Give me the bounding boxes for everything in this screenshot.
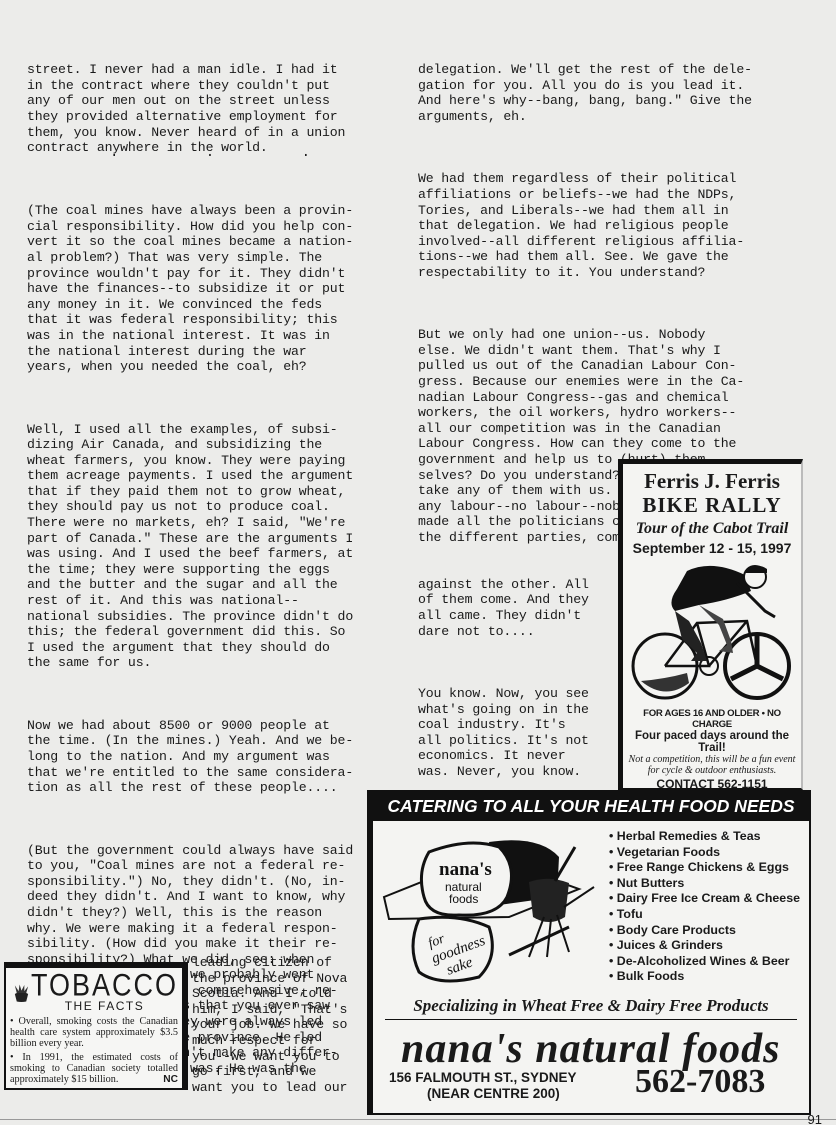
left-paragraph-4: Now we had about 8500 or 9000 people at …	[27, 718, 353, 796]
ad-eligibility: FOR AGES 16 AND OLDER • NO CHARGE	[623, 708, 801, 730]
list-item: Body Care Products	[609, 923, 800, 939]
svg-text:nana's: nana's	[439, 859, 492, 880]
bike-rally-ad: Ferris J. Ferris BIKE RALLY Tour of the …	[618, 459, 803, 790]
cyclist-illustration-icon	[627, 561, 797, 706]
list-item: Free Range Chickens & Eggs	[609, 860, 800, 876]
ad-phone: 562-7083	[635, 1063, 765, 1101]
list-item: De-Alcoholized Wines & Beer	[609, 954, 800, 970]
page-number: 91	[808, 1112, 822, 1125]
ad-heading: BIKE RALLY	[623, 493, 801, 517]
ad-dates: September 12 - 15, 1997	[623, 539, 801, 557]
ad-contact: CONTACT 562-1151	[623, 777, 801, 791]
list-item: Juices & Grinders	[609, 938, 800, 954]
ad-tagline: Four paced days around the Trail!	[623, 730, 801, 754]
list-item: Tofu	[609, 907, 800, 923]
page-divider	[0, 1119, 836, 1120]
tobacco-leaves-icon	[12, 973, 31, 1013]
right-paragraph-1: delegation. We'll get the rest of the de…	[418, 62, 752, 124]
ad-note: Not a competition, this will be a fun ev…	[623, 754, 801, 776]
ad-subtitle: Tour of the Cabot Trail	[623, 519, 801, 539]
left-paragraph-2: (The coal mines have always been a provi…	[27, 203, 353, 375]
ad-title: Ferris J. Ferris	[623, 469, 801, 493]
tobacco-facts-box: TOBACCO THE FACTS • Overall, smoking cos…	[4, 962, 188, 1090]
source-credit: NC	[163, 1074, 178, 1085]
list-item: Herbal Remedies & Teas	[609, 829, 800, 845]
list-item: Bulk Foods	[609, 969, 800, 985]
ad-specialty: Specializing in Wheat Free & Dairy Free …	[385, 996, 797, 1020]
nanas-natural-foods-ad: CATERING TO ALL YOUR HEALTH FOOD NEEDS n…	[367, 790, 811, 1115]
list-item: Vegetarian Foods	[609, 845, 800, 861]
left-paragraph-3: Well, I used all the examples, of subsi-…	[27, 422, 353, 672]
fact-2: • In 1991, the estimated costs of smokin…	[10, 1052, 178, 1085]
left-column: street. I never had a man idle. I had it…	[27, 31, 345, 187]
section-separator: . . .	[110, 145, 310, 161]
right-paragraph-2: We had them regardless of their politica…	[418, 171, 752, 280]
fact-1: • Overall, smoking costs the Canadian he…	[10, 1016, 178, 1049]
list-item: Dairy Free Ice Cream & Cheese	[609, 891, 800, 907]
left-paragraph-5-continued: leading citizen of the province of Nova …	[192, 955, 347, 1095]
bread-logo-icon: nana's natural foods for goodness sake	[379, 827, 604, 992]
left-paragraph-1: street. I never had a man idle. I had it…	[27, 62, 345, 156]
ad-address: 156 FALMOUTH ST., SYDNEY (NEAR CENTRE 20…	[389, 1070, 577, 1102]
product-list: Herbal Remedies & Teas Vegetarian Foods …	[609, 829, 800, 985]
svg-text:foods: foods	[449, 892, 478, 906]
list-item: Nut Butters	[609, 876, 800, 892]
ad-banner: CATERING TO ALL YOUR HEALTH FOOD NEEDS	[373, 793, 809, 821]
box-title: TOBACCO	[31, 970, 178, 1001]
